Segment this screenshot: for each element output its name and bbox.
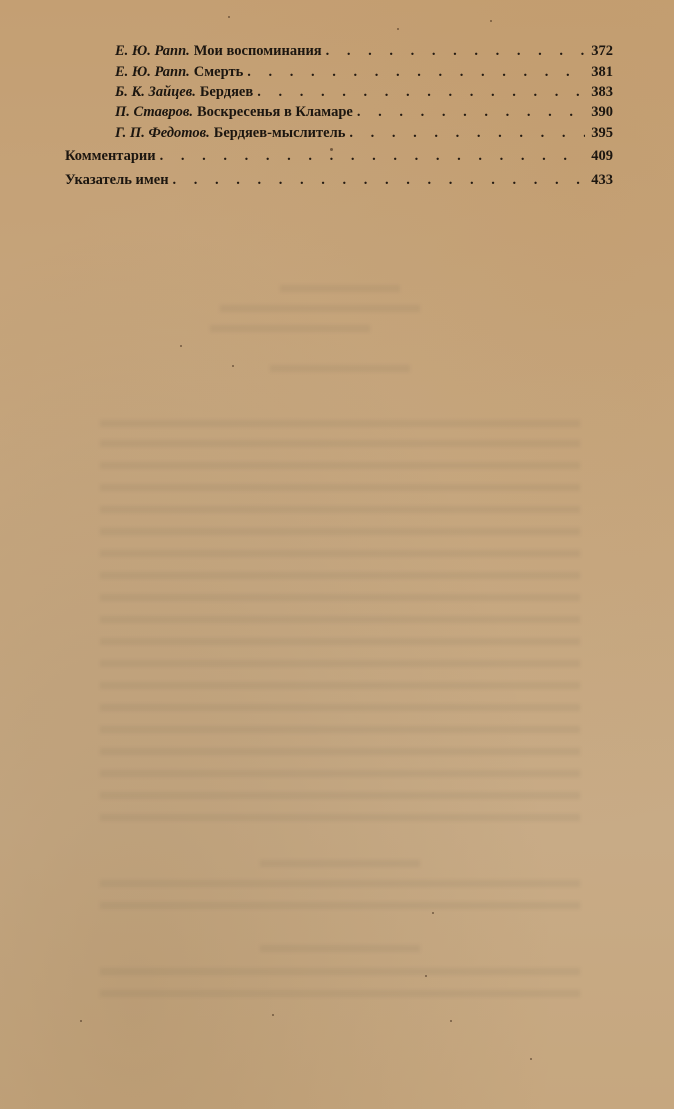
entry-title: Бердяев-мыслитель <box>214 124 346 142</box>
toc-entry: Е. Ю. Рапп. Мои воспоминания 372 <box>115 42 613 60</box>
toc-entry: Б. К. Зайцев. Бердяев 383 <box>115 83 613 101</box>
entry-author: Е. Ю. Рапп. <box>115 63 190 81</box>
entry-title: Бердяев <box>200 83 253 101</box>
toc-entry-comments: Комментарии 409 <box>65 147 613 165</box>
entry-title: Воскресенья в Кламаре <box>197 103 353 121</box>
entry-page-number: 390 <box>589 103 613 121</box>
toc-entry: Г. П. Федотов. Бердяев-мыслитель 395 <box>115 124 613 142</box>
entry-author: П. Ставров. <box>115 103 193 121</box>
entry-title: Мои воспоминания <box>194 42 322 60</box>
entry-page-number: 409 <box>589 147 613 165</box>
dot-leader <box>160 147 585 165</box>
entry-page-number: 433 <box>589 171 613 189</box>
toc-entry: П. Ставров. Воскресенья в Кламаре 390 <box>115 103 613 121</box>
toc-entry: Е. Ю. Рапп. Смерть 381 <box>115 63 613 81</box>
entry-title: Указатель имен <box>65 171 169 189</box>
entry-page-number: 395 <box>589 124 613 142</box>
dot-leader <box>357 103 585 121</box>
entry-page-number: 383 <box>589 83 613 101</box>
dot-leader <box>247 63 585 81</box>
entry-page-number: 372 <box>589 42 613 60</box>
entry-page-number: 381 <box>589 63 613 81</box>
entry-author: Е. Ю. Рапп. <box>115 42 190 60</box>
dot-leader <box>326 42 585 60</box>
toc-entry-name-index: Указатель имен 433 <box>65 171 613 189</box>
dot-leader <box>349 124 585 142</box>
entry-author: Г. П. Федотов. <box>115 124 210 142</box>
dot-leader <box>173 171 585 189</box>
dot-leader <box>257 83 585 101</box>
entry-title: Комментарии <box>65 147 156 165</box>
entry-title: Смерть <box>194 63 243 81</box>
entry-author: Б. К. Зайцев. <box>115 83 196 101</box>
